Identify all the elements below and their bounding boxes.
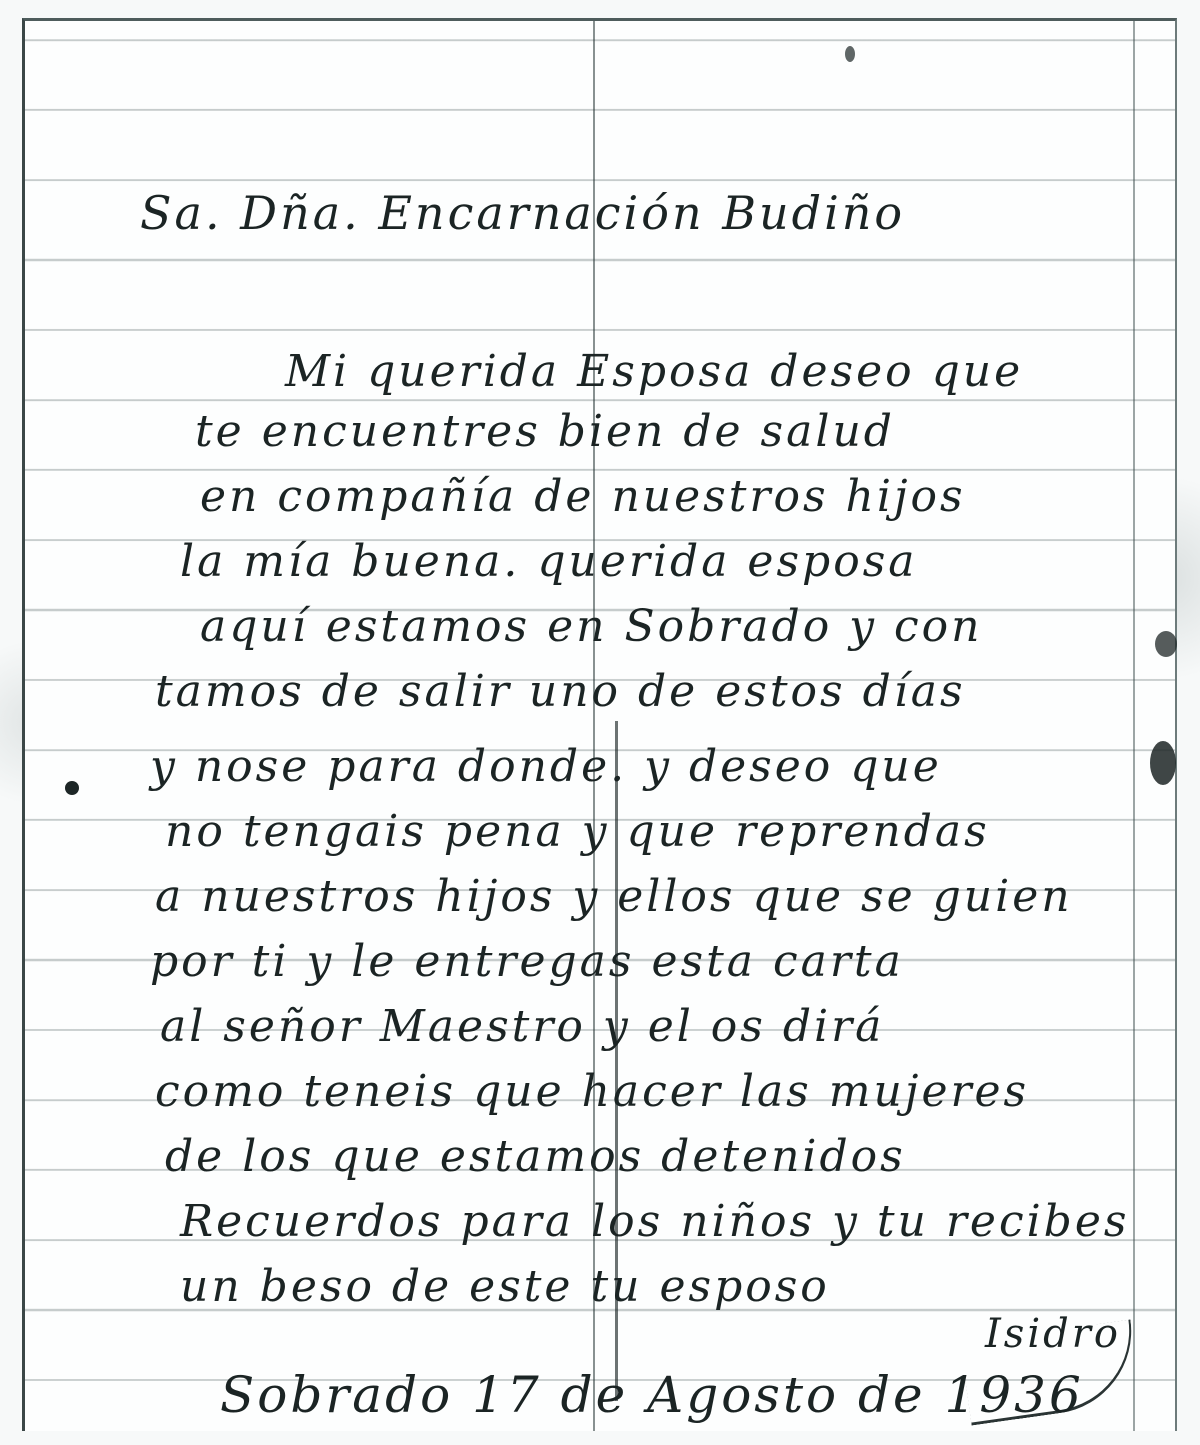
letter-line: de los que estamos detenidos	[165, 1131, 906, 1182]
ink-blot	[1155, 631, 1177, 657]
letter-line: no tengais pena y que reprendas	[165, 806, 990, 857]
place-and-date: Sobrado 17 de Agosto de 1936	[220, 1366, 1084, 1424]
letter-line: como teneis que hacer las mujeres	[155, 1066, 1029, 1117]
letter-line: en compañía de nuestros hijos	[200, 471, 966, 522]
letter-line: te encuentres bien de salud	[195, 406, 895, 457]
letter-line: al señor Maestro y el os dirá	[160, 1001, 884, 1052]
letter-line: Mi querida Esposa deseo que	[285, 346, 1023, 397]
torn-edge	[1133, 21, 1135, 1431]
letter-line: un beso de este tu esposo	[180, 1261, 830, 1312]
letter-line: tamos de salir uno de estos días	[155, 666, 966, 717]
letter-line: y nose para donde. y deseo que	[150, 741, 942, 792]
letter-line: Recuerdos para los niños y tu recibes	[180, 1196, 1129, 1247]
letter-line: la mía buena. querida esposa	[180, 536, 918, 587]
letter-line: a nuestros hijos y ellos que se guien	[155, 871, 1073, 922]
ink-blot	[1150, 741, 1176, 785]
ink-blot	[65, 781, 79, 795]
ink-blot	[845, 46, 855, 62]
salutation: Sa. Dña. Encarnación Budiño	[140, 186, 905, 240]
letter-line: por ti y le entregas esta carta	[150, 936, 904, 987]
letter-paper: Sa. Dña. Encarnación Budiño Mi querida E…	[22, 18, 1177, 1431]
letter-line: aquí estamos en Sobrado y con	[200, 601, 983, 652]
